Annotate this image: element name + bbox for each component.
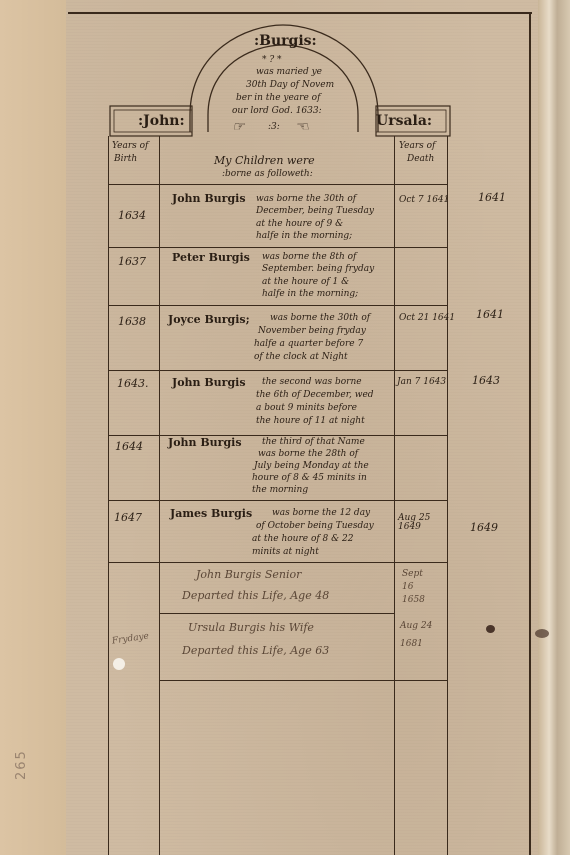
birth-detail: was borne the 30th of — [270, 314, 370, 323]
birth-year: 1634 — [118, 210, 146, 221]
header-death-2: Death — [407, 155, 434, 164]
child-name: James Burgis — [170, 508, 252, 519]
col-rule-death — [394, 136, 395, 855]
left-margin-paper — [0, 0, 66, 855]
margin-year: 1649 — [470, 522, 498, 533]
birth-detail: minits at night — [252, 548, 319, 557]
birth-detail: was borne the 30th of — [256, 195, 356, 204]
birth-detail: at the houre of 1 & — [262, 278, 349, 287]
child-name: Joyce Burgis; — [168, 314, 250, 325]
child-name: John Burgis — [172, 377, 246, 388]
birth-detail: the 6th of December, wed — [256, 391, 374, 400]
birth-detail: halfe in the morning; — [262, 290, 358, 299]
birth-detail: at the houre of 8 & 22 — [252, 535, 353, 544]
col-rule-right — [447, 136, 448, 855]
ink-blot — [535, 629, 549, 638]
row-rule — [108, 184, 448, 185]
top-rule — [68, 12, 532, 14]
header-children-2: :borne as followeth: — [222, 170, 313, 179]
parent-death-date: Aug 24 — [400, 622, 432, 631]
wife-name: Ursala: — [376, 114, 432, 128]
birth-detail: houre of 8 & 45 minits in — [252, 474, 367, 483]
paper-hole — [113, 658, 125, 670]
birth-detail: was borne the 12 day — [272, 509, 370, 518]
death-date: Jan 7 1643 — [397, 378, 446, 387]
birth-detail: the third of that Name — [262, 438, 365, 447]
birth-detail: of October being Tuesday — [256, 522, 374, 531]
page-edge — [538, 0, 570, 855]
birth-detail: halfe in the morning; — [256, 232, 352, 241]
birth-detail: the second was borne — [262, 378, 362, 387]
ornament: * ? * — [262, 56, 282, 65]
parent-death-line: Departed this Life, Age 63 — [182, 645, 329, 656]
header-death-1: Years of — [399, 142, 435, 151]
pointer-mark: :3: — [268, 123, 280, 132]
row-rule — [108, 500, 448, 501]
row-rule — [159, 613, 395, 614]
pointing-hand-right-icon: ☞ — [298, 120, 311, 134]
birth-detail: at the houre of 9 & — [256, 220, 343, 229]
parent-death-line: Departed this Life, Age 48 — [182, 590, 329, 601]
row-rule — [159, 680, 448, 681]
birth-detail: November being fryday — [258, 327, 366, 336]
birth-detail: July being Monday at the — [254, 462, 369, 471]
marriage-line-2: 30th Day of Novem — [246, 81, 334, 90]
child-name: John Burgis — [168, 437, 242, 448]
margin-year: 1641 — [476, 309, 504, 320]
margin-year: 1641 — [478, 192, 506, 203]
birth-detail: of the clock at Night — [254, 353, 348, 362]
parent-death-date: 16 — [402, 583, 413, 592]
husband-name: :John: — [138, 114, 185, 128]
col-rule-left — [108, 136, 109, 855]
marriage-line-1: was maried ye — [256, 68, 322, 77]
ink-blot — [486, 625, 495, 633]
birth-detail: the houre of 11 at night — [256, 417, 365, 426]
parent-death-line: Ursula Burgis his Wife — [188, 622, 314, 633]
parent-death-date: Sept — [402, 570, 423, 579]
col-rule-birth — [159, 136, 160, 855]
birth-detail: September. being fryday — [262, 265, 374, 274]
marriage-line-4: our lord God. 1633: — [232, 107, 322, 116]
death-date: Oct 7 1641 — [399, 196, 449, 205]
parent-death-date: 1681 — [400, 640, 423, 649]
death-date: Aug 25 1649 — [398, 514, 438, 532]
row-rule — [108, 247, 448, 248]
pointing-hand-left-icon: ☞ — [232, 120, 245, 134]
birth-detail: December, being Tuesday — [256, 207, 374, 216]
parent-death-line: John Burgis Senior — [196, 569, 301, 580]
birth-detail: halfe a quarter before 7 — [254, 340, 363, 349]
birth-year: 1643. — [117, 378, 149, 389]
death-date: Oct 21 1641 — [399, 314, 455, 323]
birth-detail: was borne the 8th of — [262, 253, 356, 262]
birth-year: 1637 — [118, 256, 146, 267]
child-name: Peter Burgis — [172, 252, 250, 263]
birth-year: 1647 — [114, 512, 142, 523]
birth-detail: the morning — [252, 486, 308, 495]
right-outer-rule — [529, 12, 531, 855]
header-children-1: My Children were — [214, 155, 315, 166]
margin-year: 1643 — [472, 375, 500, 386]
birth-year: 1638 — [118, 316, 146, 327]
row-rule — [108, 562, 448, 563]
birth-year: 1644 — [115, 441, 143, 452]
header-birth-2: Birth — [114, 155, 137, 164]
folio-stamp: 265 — [14, 749, 29, 780]
row-rule — [108, 305, 448, 306]
header-birth-1: Years of — [112, 142, 148, 151]
surname-heading: :Burgis: — [254, 34, 317, 48]
marriage-line-3: ber in the yeare of — [236, 94, 320, 103]
row-rule — [108, 435, 448, 436]
parent-death-date: 1658 — [402, 596, 425, 605]
row-rule — [108, 370, 448, 371]
child-name: John Burgis — [172, 193, 246, 204]
birth-detail: a bout 9 minits before — [256, 404, 357, 413]
birth-detail: was borne the 28th of — [258, 450, 358, 459]
